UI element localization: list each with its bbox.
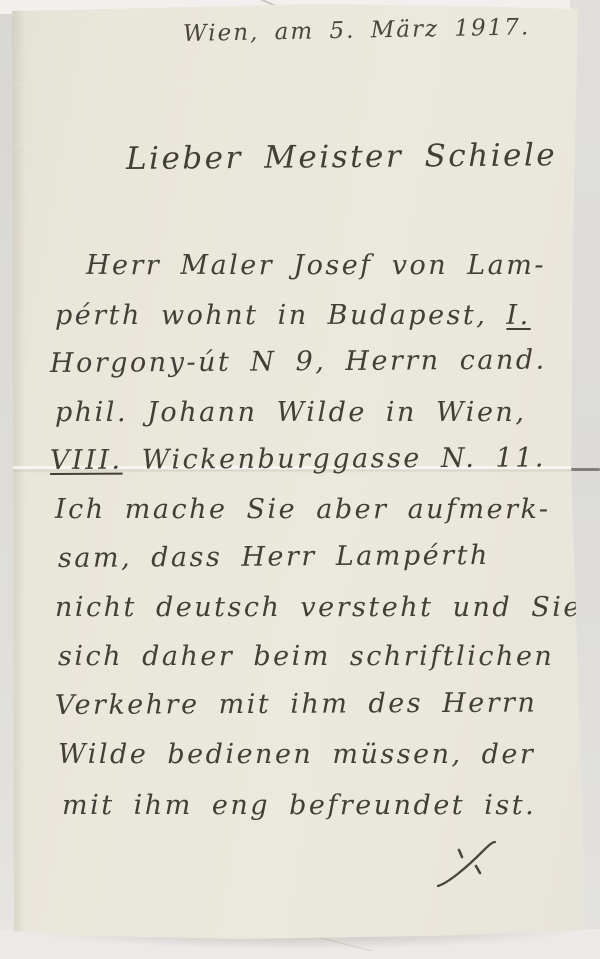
- salutation: Lieber Meister Schiele !: [126, 137, 594, 177]
- body-line: sam, dass Herr Lampérth: [58, 540, 490, 574]
- body-line: VIII. Wickenburggasse N. 11.: [50, 442, 546, 476]
- body-line-text: sich daher beim schriftlichen: [58, 641, 554, 672]
- paper-crease: [0, 84, 600, 86]
- letter-paper: Wien, am 5. März 1917. Lieber Meister Sc…: [0, 0, 600, 959]
- body-line-text: Verkehre mit ihm des Herrn: [55, 687, 538, 721]
- body-line: Herr Maler Josef von Lam-: [86, 250, 546, 281]
- underlined-roman-numeral: VIII.: [50, 445, 123, 476]
- body-line: Horgony-út N 9, Herrn cand.: [50, 345, 547, 379]
- body-line: nicht deutsch versteht und Sie: [55, 592, 582, 623]
- body-line-text: Horgony-út N 9, Herrn cand.: [50, 345, 547, 379]
- body-line: pérth wohnt in Budapest, I.: [55, 300, 531, 331]
- signature-paraph: [432, 836, 506, 892]
- fold-shadow-right: [571, 468, 600, 471]
- body-line: Ich mache Sie aber aufmerk-: [55, 494, 551, 525]
- body-line-text: mit ihm eng befreundet ist.: [62, 790, 536, 821]
- letter-photograph: Wien, am 5. März 1917. Lieber Meister Sc…: [0, 0, 600, 959]
- dateline: Wien, am 5. März 1917.: [183, 14, 531, 47]
- body-line-text: Wilde bedienen müssen, der: [58, 739, 535, 770]
- body-line: sich daher beim schriftlichen: [58, 641, 554, 672]
- body-line: mit ihm eng befreundet ist.: [62, 790, 536, 821]
- body-line-text: sam, dass Herr Lampérth: [58, 540, 490, 574]
- body-line-text: Wickenburggasse N. 11.: [122, 442, 546, 475]
- body-line-text: nicht deutsch versteht und Sie: [55, 592, 582, 623]
- body-line: phil. Johann Wilde in Wien,: [55, 397, 526, 428]
- underlined-roman-numeral: I.: [506, 300, 530, 331]
- body-line-text: phil. Johann Wilde in Wien,: [55, 397, 526, 428]
- body-line-text: Herr Maler Josef von Lam-: [86, 250, 546, 281]
- body-line-text: Ich mache Sie aber aufmerk-: [55, 494, 551, 525]
- body-line-text: pérth wohnt in Budapest,: [55, 300, 506, 331]
- body-line: Verkehre mit ihm des Herrn: [55, 687, 538, 721]
- body-line: Wilde bedienen müssen, der: [58, 739, 535, 770]
- paper-edge-shade: [12, 0, 26, 959]
